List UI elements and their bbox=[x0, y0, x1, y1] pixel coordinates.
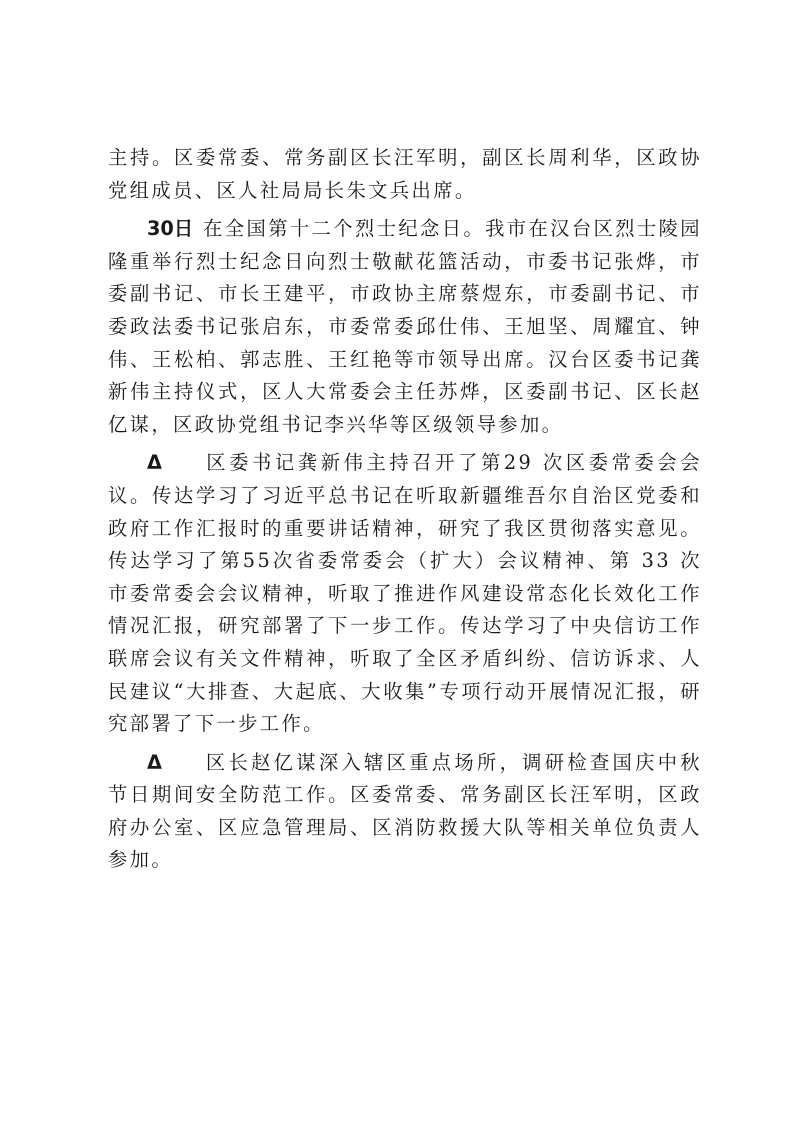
delta-bullet-icon: Δ bbox=[147, 447, 205, 480]
paragraph-text: 主持。区委常委、常务副区长汪军明，副区长周利华，区政协党组成员、区人社局局长朱文… bbox=[108, 146, 702, 202]
paragraph-bullet-entry: Δ区委书记龚新伟主持召开了第29 次区委常委会会议。传达学习了习近平总书记在听取… bbox=[108, 447, 702, 740]
paragraph-bullet-entry: Δ区长赵亿谋深入辖区重点场所，调研检查国庆中秋节日期间安全防范工作。区委常委、常… bbox=[108, 747, 702, 877]
paragraph-text: 区委书记龚新伟主持召开了第29 次区委常委会会议。传达学习了习近平总书记在听取新… bbox=[108, 451, 702, 735]
paragraph-continuation: 主持。区委常委、常务副区长汪军明，副区长周利华，区政协党组成员、区人社局局长朱文… bbox=[108, 142, 702, 207]
delta-bullet-icon: Δ bbox=[147, 747, 205, 780]
paragraph-date-entry: 30日在全国第十二个烈士纪念日。我市在汉台区烈士陵园隆重举行烈士纪念日向烈士敬献… bbox=[108, 213, 702, 441]
date-label: 30日 bbox=[147, 217, 193, 240]
paragraph-text: 在全国第十二个烈士纪念日。我市在汉台区烈士陵园隆重举行烈士纪念日向烈士敬献花篮活… bbox=[108, 217, 702, 436]
document-page: 主持。区委常委、常务副区长汪军明，副区长周利华，区政协党组成员、区人社局局长朱文… bbox=[108, 142, 702, 877]
